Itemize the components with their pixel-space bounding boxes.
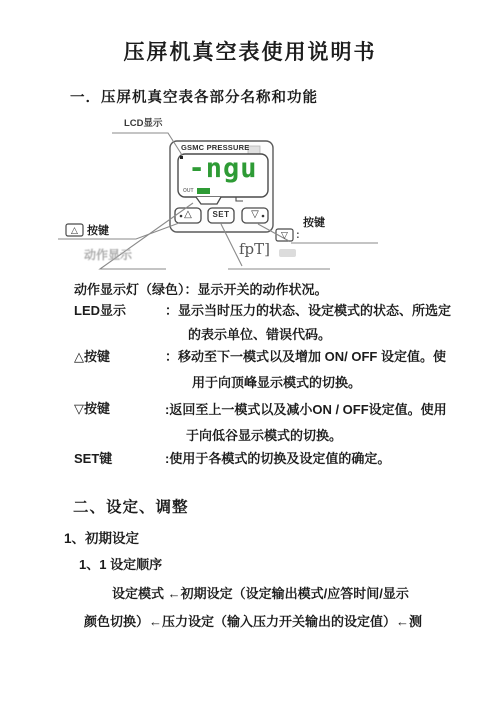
definition-colon: ： [165,349,178,364]
up-key-callout-label: 按键 [87,222,109,238]
definition-colon: ： [185,282,198,297]
definition-row: ：显示当时压力的状态、设定模式的状态、所选定 [165,300,451,319]
section2-sub1: 1、初期设定 [64,527,139,547]
definition-term: △按键 [74,346,110,365]
definition-term: SET键 [74,448,112,467]
out-indicator-label: OUT [183,188,194,194]
definition-text: 移动至下一模式以及增加 ON/ OFF 设定值。使 [178,349,446,364]
manual-page: 压屏机真空表使用说明书 一．压屏机真空表各部分名称和功能 [0,0,500,707]
definition-text: 于向低谷显示模式的切换。 [186,425,342,444]
brand-label: GSMC PRESSURE [181,143,249,152]
section1-heading: 一．压屏机真空表各部分名称和功能 [70,86,318,107]
definition-text: 使用于各模式的切换及设定值的确定。 [169,451,390,466]
definition-term: 动作显示灯（绿色） [74,282,185,297]
down-key-callout-label: 按键 [303,214,325,230]
definition-row: :使用于各模式的切换及设定值的确定。 [165,448,390,467]
up-key-callout-icon: △ [66,224,83,236]
definition-text: 的表示单位、错误代码。 [188,324,331,343]
set-button-label: SET [208,210,234,219]
lcd-display-callout: LCD显示 [124,115,163,129]
action-indicator-led [197,188,210,194]
down-key-callout-colon: : [296,229,300,241]
lcd-readout-value: -ngu [179,153,267,184]
up-button-icon: △ [175,209,201,220]
faded-text-blob [279,249,296,257]
lcd-leader-line [112,133,182,155]
page-title: 压屏机真空表使用说明书 [0,36,500,66]
definition-term: LED显示 [74,300,126,319]
definition-term: ▽按键 [74,398,110,417]
down-button-icon: ▽ [242,209,268,220]
definition-row: :返回至上一模式以及减小ON / OFF设定值。使用 [165,399,447,418]
lcd-bubble-tail [196,197,221,204]
down-key-callout-icon: ▽ [276,229,293,241]
setting-flow-line1: 设定模式 ←初期设定（设定输出模式/应答时间/显示 [112,583,409,602]
section2-heading: 二、设定、调整 [73,495,189,517]
lcd-bubble-hook [236,197,243,201]
definition-text: 显示开关的动作状况。 [198,282,328,297]
definition-text: 返回至上一模式以及减小ON / OFF设定值。使用 [169,402,446,417]
setting-flow-line2: 颜色切换）←压力设定（输入压力开关输出的设定值）←测 [84,611,422,630]
definition-text: 用于向顶峰显示模式的切换。 [192,372,361,391]
set-key-callout: fpT] [239,240,270,258]
definition-text: 显示当时压力的状态、设定模式的状态、所选定 [178,303,451,318]
section2-sub2: 1、1 设定顺序 [79,554,162,573]
definition-row: ：移动至下一模式以及增加 ON/ OFF 设定值。使 [165,346,446,365]
definition-colon: ： [165,303,178,318]
definition-row: 动作显示灯（绿色）：显示开关的动作状况。 [74,279,328,298]
action-display-callout: 动作显示 [84,246,132,263]
